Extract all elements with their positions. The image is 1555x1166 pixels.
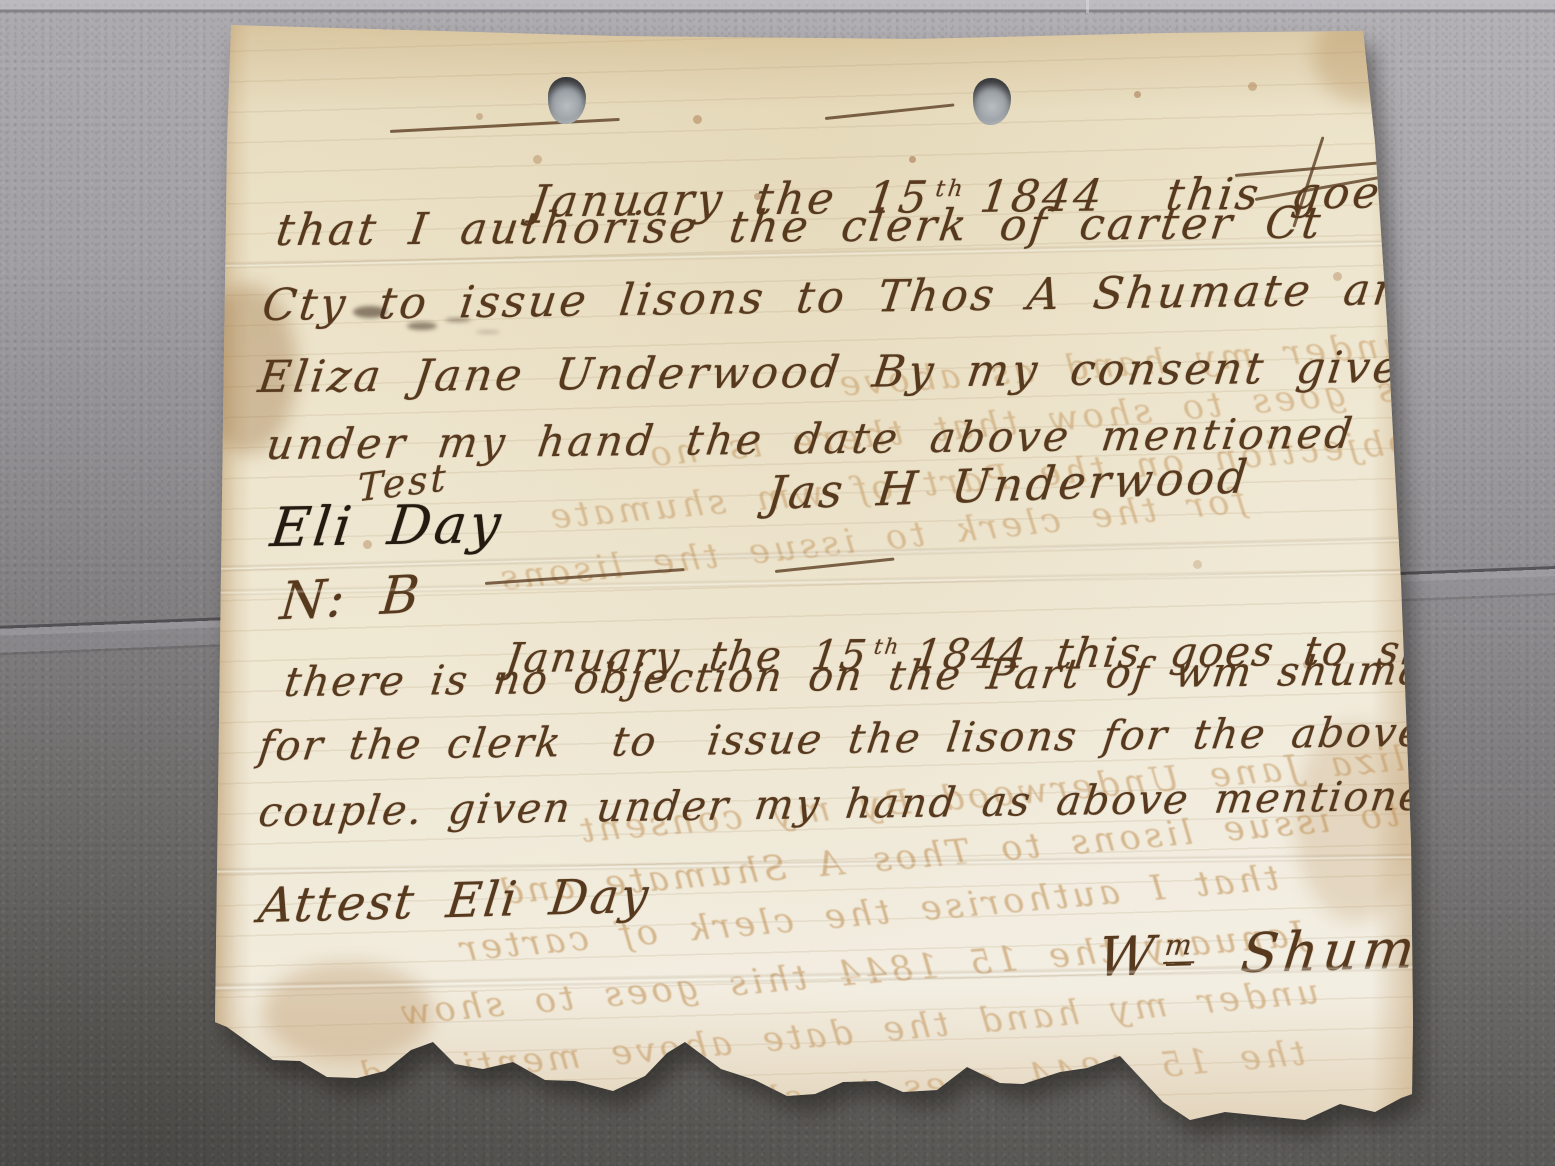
note1-line4: Eliza Jane Underwood By my consent given — [255, 342, 1436, 403]
witness-signature-eli-day: Eli Day — [267, 492, 507, 559]
background-seam-top — [0, 0, 1555, 17]
photograph-of-document: given under my hand as above this goes t… — [0, 0, 1555, 1166]
shumate-initial-w: W — [1095, 924, 1163, 989]
background-seam-vertical-notch — [1086, 0, 1089, 13]
shumate-superscript-m: m — [1163, 928, 1199, 964]
document-paper: given under my hand as above this goes t… — [215, 22, 1415, 1124]
note1-line1-ordinal: th — [934, 176, 967, 202]
attest-eli-day: Attest Eli Day — [256, 868, 653, 934]
ink-smudge — [353, 306, 387, 318]
